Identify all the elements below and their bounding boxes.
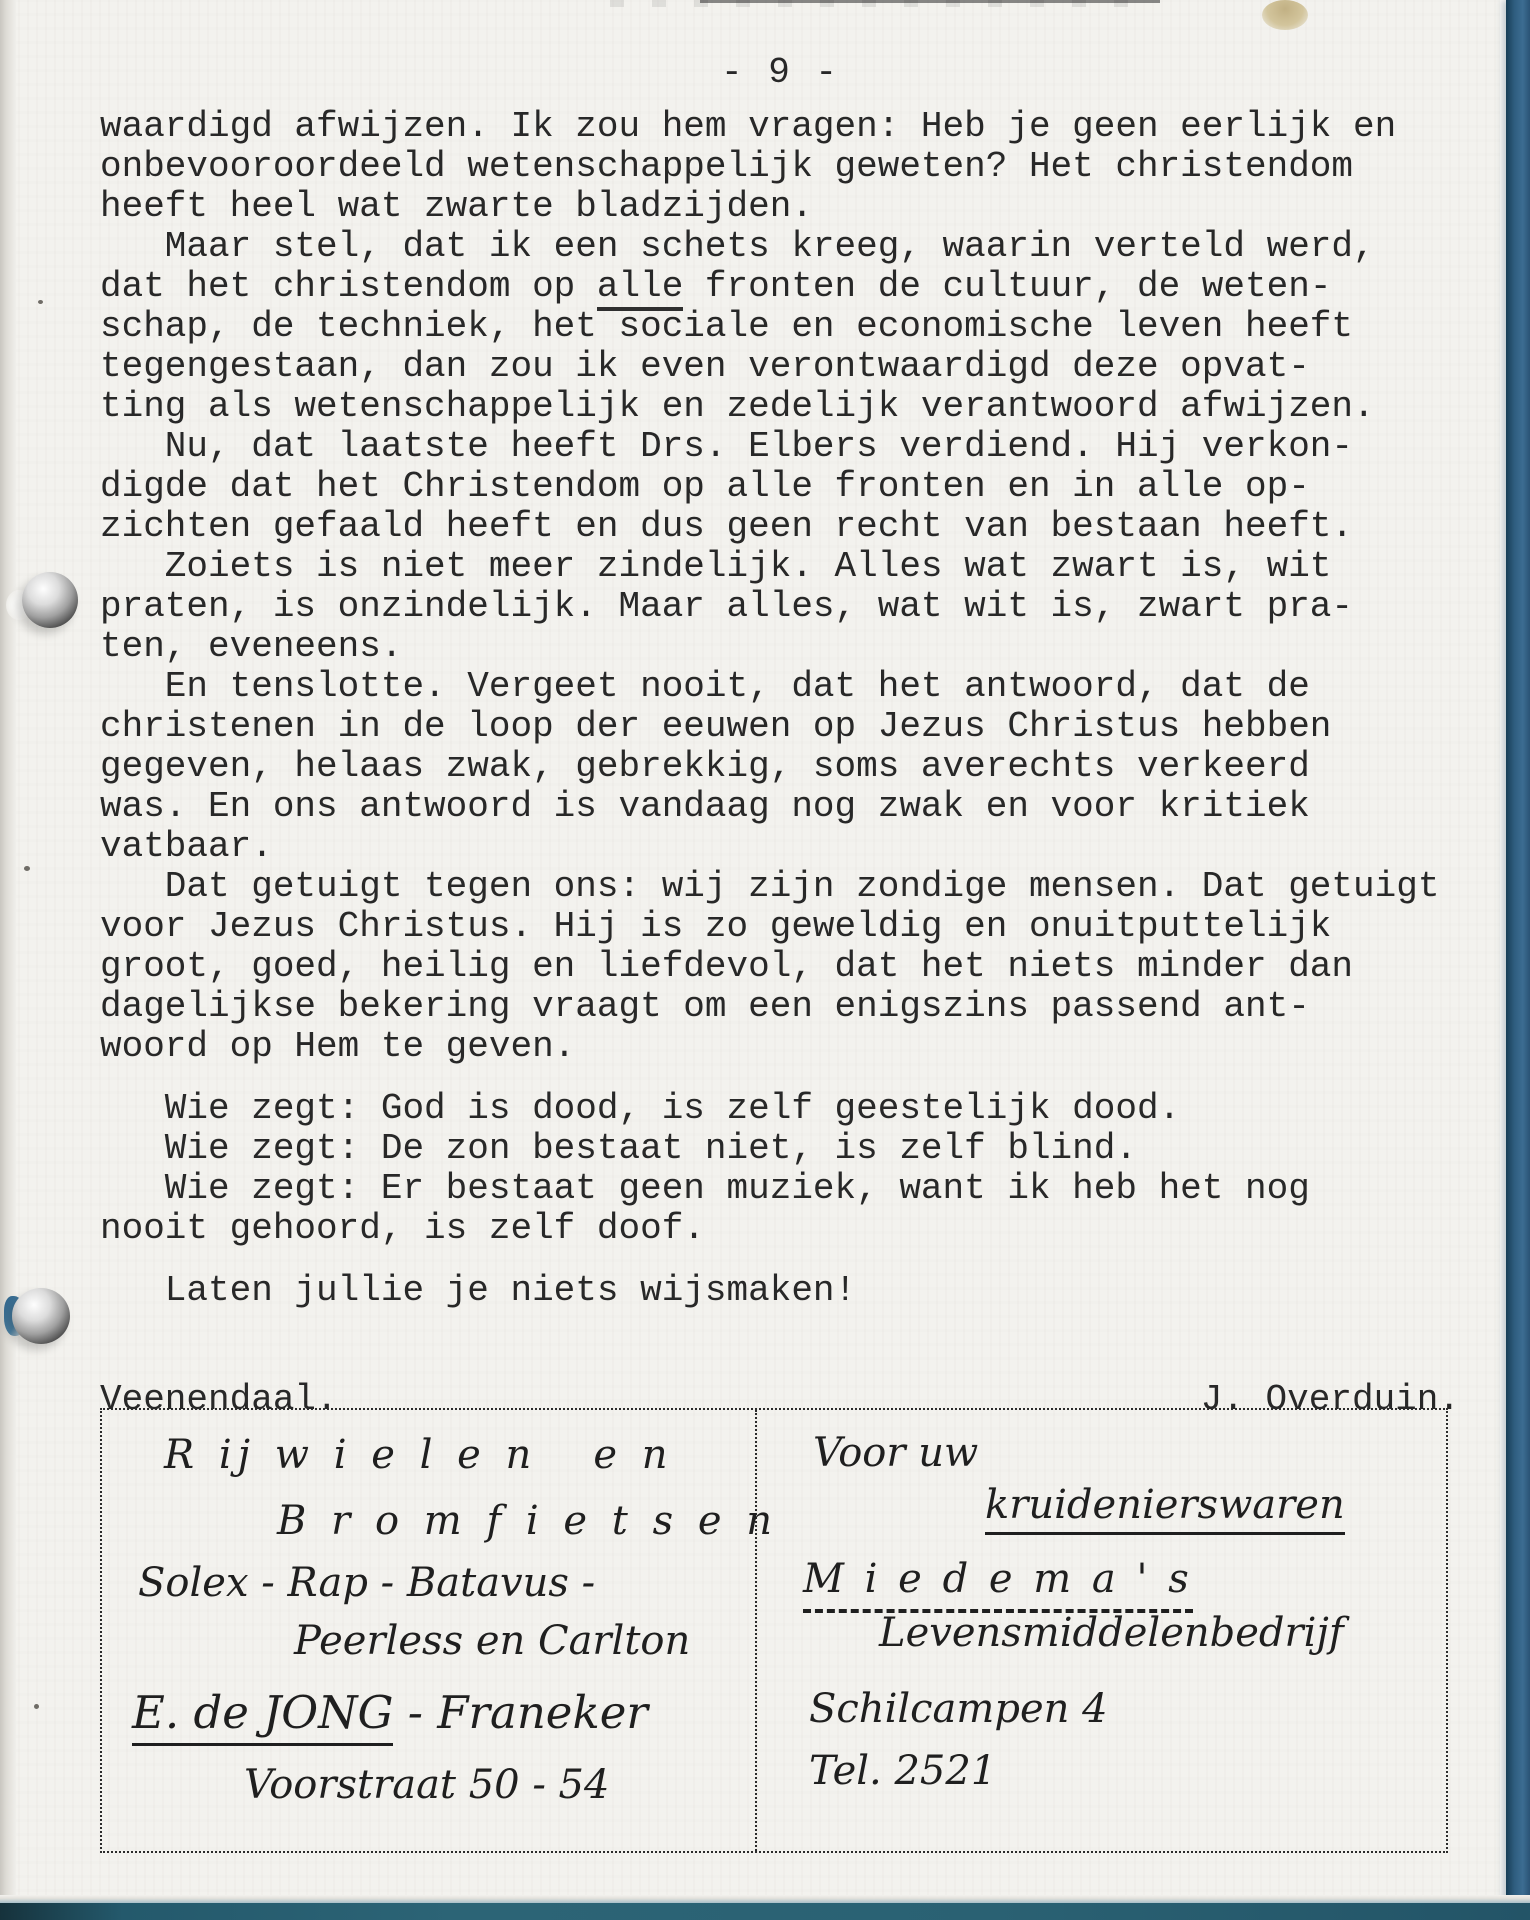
text-line: vatbaar. bbox=[100, 827, 1460, 867]
ad-left-line3: Solex - Rap - Batavus - bbox=[138, 1560, 755, 1606]
text-line: voor Jezus Christus. Hij is zo geweldig … bbox=[100, 907, 1460, 947]
ad-grocery-word: kruidenierswaren bbox=[985, 1482, 1345, 1535]
ad-shop-name: E. de JONG bbox=[132, 1686, 393, 1746]
text-line: waardigd afwijzen. Ik zou hem vragen: He… bbox=[100, 107, 1460, 147]
binder-fastener-bottom bbox=[12, 1288, 70, 1344]
text-line: dagelijkse bekering vraagt om een enigsz… bbox=[100, 987, 1460, 1027]
text-line: groot, goed, heilig en liefdevol, dat he… bbox=[100, 947, 1460, 987]
ad-grocery-name: M i e d e m a ' s bbox=[803, 1556, 1193, 1613]
ad-right-line4: Levensmiddelenbedrijf bbox=[879, 1610, 1446, 1656]
text-line: Wie zegt: God is dood, is zelf geestelij… bbox=[100, 1089, 1460, 1129]
text-line: digde dat het Christendom op alle fronte… bbox=[100, 467, 1460, 507]
text-line: heeft heel wat zwarte bladzijden. bbox=[100, 187, 1460, 227]
text-line: Nu, dat laatste heeft Drs. Elbers verdie… bbox=[100, 427, 1460, 467]
ad-right-line1: Voor uw bbox=[813, 1430, 1446, 1476]
body-text: waardigd afwijzen. Ik zou hem vragen: He… bbox=[100, 107, 1460, 1311]
text-line: ten, eveneens. bbox=[100, 627, 1460, 667]
page-number: - 9 - bbox=[100, 52, 1460, 93]
ad-right-line6: Tel. 2521 bbox=[809, 1748, 1446, 1794]
text-line: gegeven, helaas zwak, gebrekkig, soms av… bbox=[100, 747, 1460, 787]
ad-left-line5: E. de JONG - Franeker bbox=[132, 1690, 755, 1736]
text-line: christenen in de loop der eeuwen op Jezu… bbox=[100, 707, 1460, 747]
ad-shop-city: - Franeker bbox=[393, 1686, 647, 1739]
text-line: Laten jullie je niets wijsmaken! bbox=[100, 1271, 1460, 1311]
ad-grocery-shop: Voor uw kruidenierswaren M i e d e m a '… bbox=[757, 1410, 1446, 1851]
book-cover-strip bbox=[0, 1903, 1530, 1920]
scan-top-dark-line bbox=[700, 0, 1160, 3]
text-line: ting als wetenschappelijk en zedelijk ve… bbox=[100, 387, 1460, 427]
text-line: schap, de techniek, het sociale en econo… bbox=[100, 307, 1460, 347]
text-line: Maar stel, dat ik een schets kreeg, waar… bbox=[100, 227, 1460, 267]
text-line: Zoiets is niet meer zindelijk. Alles wat… bbox=[100, 547, 1460, 587]
text-line: was. En ons antwoord is vandaag nog zwak… bbox=[100, 787, 1460, 827]
ink-speck bbox=[38, 300, 43, 304]
text-line: Wie zegt: Er bestaat geen muziek, want i… bbox=[100, 1169, 1460, 1209]
text-line: woord op Hem te geven. bbox=[100, 1027, 1460, 1067]
page-left-edge bbox=[0, 0, 16, 1920]
text-line: Wie zegt: De zon bestaat niet, is zelf b… bbox=[100, 1129, 1460, 1169]
text-line: Dat getuigt tegen ons: wij zijn zondige … bbox=[100, 867, 1460, 907]
text-line: dat het christendom op alle fronten de c… bbox=[100, 267, 1460, 307]
text-line: zichten gefaald heeft en dus geen recht … bbox=[100, 507, 1460, 547]
ad-left-line6: Voorstraat 50 - 54 bbox=[244, 1762, 755, 1808]
ink-speck bbox=[34, 1704, 39, 1709]
ink-speck bbox=[24, 866, 30, 871]
ad-left-line1: R ij w i e l e n e n bbox=[164, 1432, 755, 1478]
advertisement-box: R ij w i e l e n e n B r o m f i e t s e… bbox=[100, 1408, 1448, 1853]
typed-content: - 9 - waardigd afwijzen. Ik zou hem vrag… bbox=[100, 52, 1460, 1420]
text-line: tegengestaan, dan zou ik even verontwaar… bbox=[100, 347, 1460, 387]
text-line: onbevooroordeeld wetenschappelijk gewete… bbox=[100, 147, 1460, 187]
ad-left-line4: Peerless en Carlton bbox=[294, 1618, 755, 1664]
ad-right-line2: kruidenierswaren bbox=[985, 1482, 1446, 1528]
text-line: En tenslotte. Vergeet nooit, dat het ant… bbox=[100, 667, 1460, 707]
paper-stain bbox=[1262, 0, 1308, 30]
ad-right-line5: Schilcampen 4 bbox=[809, 1686, 1446, 1732]
binder-fastener-top bbox=[22, 572, 78, 628]
text-line: praten, is onzindelijk. Maar alles, wat … bbox=[100, 587, 1460, 627]
page-bottom-edge bbox=[0, 1895, 1530, 1903]
text-line: nooit gehoord, is zelf doof. bbox=[100, 1209, 1460, 1249]
ad-left-line2: B r o m f i e t s e n bbox=[277, 1498, 755, 1544]
ad-right-line3: M i e d e m a ' s bbox=[803, 1556, 1446, 1602]
ad-bicycle-shop: R ij w i e l e n e n B r o m f i e t s e… bbox=[102, 1410, 757, 1851]
book-binding-strip bbox=[1506, 0, 1530, 1920]
